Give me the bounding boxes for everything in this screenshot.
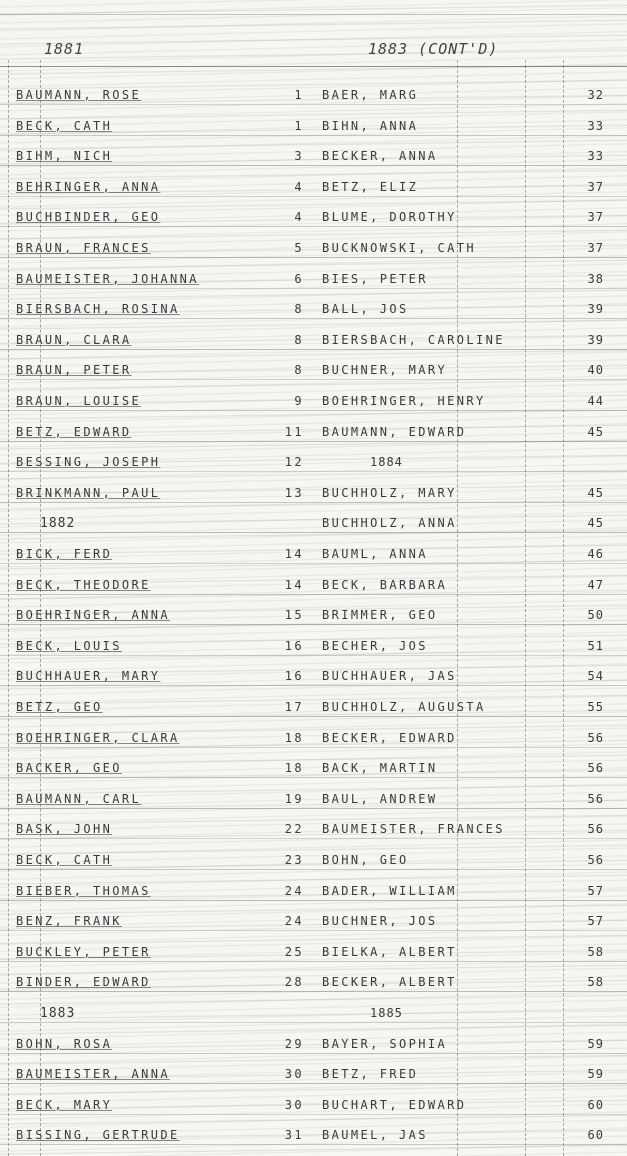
- left-entry-name: BIEBER, THOMAS: [16, 884, 151, 898]
- left-entry-name: BAUMEISTER, JOHANNA: [16, 272, 199, 286]
- row-rule: [0, 471, 627, 472]
- ledger-row: BACKER, GEO18BACK, MARTIN56: [0, 753, 627, 783]
- header-rule: [0, 66, 627, 67]
- entry-number: 30: [268, 1098, 304, 1112]
- entry-number: 28: [268, 975, 304, 989]
- left-entry-name: BICK, FERD: [16, 547, 112, 561]
- left-entry-name: BECK, THEODORE: [16, 578, 151, 592]
- ledger-row: BUCHBINDER, GEO4BLUME, DOROTHY37: [0, 202, 627, 232]
- entry-number: 18: [268, 761, 304, 775]
- entry-number: 1: [268, 119, 304, 133]
- page-number: 44: [560, 394, 604, 408]
- right-entry-name: BECK, BARBARA: [322, 578, 447, 592]
- page-number: 60: [560, 1128, 604, 1142]
- page-number: 60: [560, 1098, 604, 1112]
- ledger-row: BECK, MARY30BUCHART, EDWARD60: [0, 1090, 627, 1120]
- row-rule: [0, 900, 627, 901]
- row-rule: [0, 532, 627, 533]
- entry-number: 11: [268, 425, 304, 439]
- row-rule: [0, 257, 627, 258]
- entry-number: 8: [268, 302, 304, 316]
- left-entry-name: BAUMANN, ROSE: [16, 88, 141, 102]
- ledger-row: BECK, CATH23BOHN, GEO56: [0, 845, 627, 875]
- ledger-row: BUCHHAUER, MARY16BUCHHAUER, JAS54: [0, 661, 627, 691]
- left-entry-name: BRINKMANN, PAUL: [16, 486, 160, 500]
- ledger-row: BAUMEISTER, JOHANNA6BIES, PETER38: [0, 264, 627, 294]
- right-entry-name: BUCHNER, JOS: [322, 914, 438, 928]
- entry-number: 15: [268, 608, 304, 622]
- entry-number: 4: [268, 180, 304, 194]
- page-number: 32: [560, 88, 604, 102]
- page-number: 50: [560, 608, 604, 622]
- ledger-row: BAUMANN, CARL19BAUL, ANDREW56: [0, 784, 627, 814]
- row-rule: [0, 165, 627, 166]
- row-rule: [0, 1144, 627, 1145]
- left-entry-name: BASK, JOHN: [16, 822, 112, 836]
- row-rule: [0, 135, 627, 136]
- right-entry-name: BIELKA, ALBERT: [322, 945, 457, 959]
- page-number: 45: [560, 425, 604, 439]
- page-number: 38: [560, 272, 604, 286]
- right-entry-name: BECKER, ALBERT: [322, 975, 457, 989]
- page-number: 57: [560, 884, 604, 898]
- page-number: 56: [560, 822, 604, 836]
- entry-number: 30: [268, 1067, 304, 1081]
- row-rule: [0, 104, 627, 105]
- ledger-row: BIHM, NICH3BECKER, ANNA33: [0, 141, 627, 171]
- page-number: 56: [560, 853, 604, 867]
- ledger-row: BRAUN, PETER8BUCHNER, MARY40: [0, 355, 627, 385]
- row-rule: [0, 624, 627, 625]
- entry-number: 3: [268, 149, 304, 163]
- entry-number: 31: [268, 1128, 304, 1142]
- right-entry-name: BETZ, FRED: [322, 1067, 418, 1081]
- left-entry-name: BEHRINGER, ANNA: [16, 180, 160, 194]
- ledger-row: BOEHRINGER, ANNA15BRIMMER, GEO50: [0, 600, 627, 630]
- ledger-row: BUCKLEY, PETER25BIELKA, ALBERT58: [0, 937, 627, 967]
- page-number: 59: [560, 1067, 604, 1081]
- ledger-row: BECK, CATH1BIHN, ANNA33: [0, 111, 627, 141]
- ledger-row: BRAUN, FRANCES5BUCKNOWSKI, CATH37: [0, 233, 627, 263]
- entry-number: 8: [268, 333, 304, 347]
- left-entry-name: 1883: [40, 1006, 75, 1021]
- page-number: 37: [560, 241, 604, 255]
- left-column-year-header: 1881: [44, 40, 84, 58]
- entry-number: 29: [268, 1037, 304, 1051]
- ledger-row: BOHN, ROSA29BAYER, SOPHIA59: [0, 1029, 627, 1059]
- right-entry-name: BECKER, EDWARD: [322, 731, 457, 745]
- row-rule: [0, 288, 627, 289]
- entry-number: 1: [268, 88, 304, 102]
- left-entry-name: BETZ, GEO: [16, 700, 103, 714]
- row-rule: [0, 594, 627, 595]
- left-entry-name: BRAUN, PETER: [16, 363, 132, 377]
- row-rule: [0, 777, 627, 778]
- page-number: 54: [560, 669, 604, 683]
- right-entry-name: BOHN, GEO: [322, 853, 409, 867]
- row-rule: [0, 349, 627, 350]
- left-entry-name: BIHM, NICH: [16, 149, 112, 163]
- entry-number: 24: [268, 914, 304, 928]
- ledger-page: 1881 1883 (CONT'D) BAUMANN, ROSE1BAER, M…: [0, 0, 627, 1156]
- ledger-row: 1882BUCHHOLZ, ANNA45: [0, 508, 627, 538]
- page-number: 33: [560, 149, 604, 163]
- left-entry-name: BUCHBINDER, GEO: [16, 210, 160, 224]
- row-rule: [0, 961, 627, 962]
- right-entry-name: BUCHHAUER, JAS: [322, 669, 457, 683]
- page-number: 56: [560, 761, 604, 775]
- ledger-row: BRAUN, LOUISE9BOEHRINGER, HENRY44: [0, 386, 627, 416]
- row-rule: [0, 655, 627, 656]
- row-rule: [0, 318, 627, 319]
- ledger-row: BECK, LOUIS16BECHER, JOS51: [0, 631, 627, 661]
- page-number: 55: [560, 700, 604, 714]
- entry-number: 16: [268, 669, 304, 683]
- row-rule: [0, 1114, 627, 1115]
- right-entry-name: BAUMEL, JAS: [322, 1128, 428, 1142]
- entry-number: 19: [268, 792, 304, 806]
- entry-number: 16: [268, 639, 304, 653]
- right-entry-name: BUCHHOLZ, ANNA: [322, 516, 457, 530]
- ledger-row: BIERSBACH, ROSINA8BALL, JOS39: [0, 294, 627, 324]
- entry-number: 9: [268, 394, 304, 408]
- ledger-row: BOEHRINGER, CLARA18BECKER, EDWARD56: [0, 723, 627, 753]
- entry-number: 18: [268, 731, 304, 745]
- row-rule: [0, 838, 627, 839]
- right-entry-name: BUCHHOLZ, MARY: [322, 486, 457, 500]
- ledger-row: BIEBER, THOMAS24BADER, WILLIAM57: [0, 876, 627, 906]
- right-entry-name: BECHER, JOS: [322, 639, 428, 653]
- left-entry-name: BECK, MARY: [16, 1098, 112, 1112]
- page-number: 45: [560, 516, 604, 530]
- row-rule: [0, 441, 627, 442]
- row-rule: [0, 808, 627, 809]
- right-entry-name: BAER, MARG: [322, 88, 418, 102]
- left-entry-name: BINDER, EDWARD: [16, 975, 151, 989]
- left-entry-name: BECK, CATH: [16, 119, 112, 133]
- right-entry-name: BAYER, SOPHIA: [322, 1037, 447, 1051]
- row-rule: [0, 716, 627, 717]
- left-entry-name: BETZ, EDWARD: [16, 425, 132, 439]
- page-number: 47: [560, 578, 604, 592]
- entry-number: 14: [268, 547, 304, 561]
- left-entry-name: BACKER, GEO: [16, 761, 122, 775]
- entry-number: 24: [268, 884, 304, 898]
- row-rule: [0, 410, 627, 411]
- row-rule: [0, 502, 627, 503]
- left-entry-name: BOEHRINGER, ANNA: [16, 608, 170, 622]
- right-entry-name: BAUMEISTER, FRANCES: [322, 822, 505, 836]
- row-rule: [0, 685, 627, 686]
- right-entry-name: BUCHART, EDWARD: [322, 1098, 466, 1112]
- right-entry-name: BAUMANN, EDWARD: [322, 425, 466, 439]
- entry-number: 8: [268, 363, 304, 377]
- ledger-row: BENZ, FRANK24BUCHNER, JOS57: [0, 906, 627, 936]
- right-entry-name: BLUME, DOROTHY: [322, 210, 457, 224]
- page-number: 37: [560, 210, 604, 224]
- left-entry-name: 1882: [40, 516, 75, 531]
- ledger-row: BAUMEISTER, ANNA30BETZ, FRED59: [0, 1059, 627, 1089]
- row-rule: [0, 930, 627, 931]
- ledger-row: BISSING, GERTRUDE31BAUMEL, JAS60: [0, 1120, 627, 1150]
- page-number: 39: [560, 302, 604, 316]
- ledger-row: BETZ, GEO17BUCHHOLZ, AUGUSTA55: [0, 692, 627, 722]
- right-entry-name: BIES, PETER: [322, 272, 428, 286]
- page-number: 57: [560, 914, 604, 928]
- right-entry-name: BUCKNOWSKI, CATH: [322, 241, 476, 255]
- row-rule: [0, 869, 627, 870]
- page-number: 45: [560, 486, 604, 500]
- page-number: 46: [560, 547, 604, 561]
- entry-number: 12: [268, 455, 304, 469]
- ledger-row: BICK, FERD14BAUML, ANNA46: [0, 539, 627, 569]
- left-entry-name: BISSING, GERTRUDE: [16, 1128, 180, 1142]
- right-column-year-header: 1883 (CONT'D): [368, 40, 498, 58]
- entry-number: 4: [268, 210, 304, 224]
- right-entry-name: BRIMMER, GEO: [322, 608, 438, 622]
- left-entry-name: BESSING, JOSEPH: [16, 455, 160, 469]
- right-entry-name: BADER, WILLIAM: [322, 884, 457, 898]
- page-number: 58: [560, 945, 604, 959]
- right-entry-name: BALL, JOS: [322, 302, 409, 316]
- entry-number: 22: [268, 822, 304, 836]
- top-rule: [0, 14, 627, 15]
- row-rule: [0, 747, 627, 748]
- page-number: 56: [560, 792, 604, 806]
- entry-number: 5: [268, 241, 304, 255]
- ledger-row: BESSING, JOSEPH121884: [0, 447, 627, 477]
- right-entry-name: 1884: [370, 455, 403, 469]
- row-rule: [0, 196, 627, 197]
- right-entry-name: BIHN, ANNA: [322, 119, 418, 133]
- row-rule: [0, 1053, 627, 1054]
- ledger-row: BETZ, EDWARD11BAUMANN, EDWARD45: [0, 417, 627, 447]
- left-entry-name: BENZ, FRANK: [16, 914, 122, 928]
- left-entry-name: BIERSBACH, ROSINA: [16, 302, 180, 316]
- ledger-row: BECK, THEODORE14BECK, BARBARA47: [0, 570, 627, 600]
- right-entry-name: BETZ, ELIZ: [322, 180, 418, 194]
- right-entry-name: 1885: [370, 1006, 403, 1020]
- page-number: 33: [560, 119, 604, 133]
- left-entry-name: BOEHRINGER, CLARA: [16, 731, 180, 745]
- left-entry-name: BUCHHAUER, MARY: [16, 669, 160, 683]
- right-entry-name: BUCHHOLZ, AUGUSTA: [322, 700, 486, 714]
- entry-number: 14: [268, 578, 304, 592]
- left-entry-name: BAUMEISTER, ANNA: [16, 1067, 170, 1081]
- row-rule: [0, 1022, 627, 1023]
- right-entry-name: BAUML, ANNA: [322, 547, 428, 561]
- page-number: 56: [560, 731, 604, 745]
- right-entry-name: BIERSBACH, CAROLINE: [322, 333, 505, 347]
- left-entry-name: BECK, LOUIS: [16, 639, 122, 653]
- row-rule: [0, 991, 627, 992]
- ledger-row: BEHRINGER, ANNA4BETZ, ELIZ37: [0, 172, 627, 202]
- right-entry-name: BOEHRINGER, HENRY: [322, 394, 486, 408]
- entry-number: 23: [268, 853, 304, 867]
- row-rule: [0, 226, 627, 227]
- ledger-row: BINDER, EDWARD28BECKER, ALBERT58: [0, 967, 627, 997]
- page-number: 39: [560, 333, 604, 347]
- row-rule: [0, 563, 627, 564]
- entry-number: 25: [268, 945, 304, 959]
- left-entry-name: BRAUN, FRANCES: [16, 241, 151, 255]
- left-entry-name: BRAUN, CLARA: [16, 333, 132, 347]
- row-rule: [0, 1083, 627, 1084]
- right-entry-name: BACK, MARTIN: [322, 761, 438, 775]
- page-number: 51: [560, 639, 604, 653]
- ledger-row: BRINKMANN, PAUL13BUCHHOLZ, MARY45: [0, 478, 627, 508]
- ledger-row: 18831885: [0, 998, 627, 1028]
- entry-number: 6: [268, 272, 304, 286]
- ledger-row: BAUMANN, ROSE1BAER, MARG32: [0, 80, 627, 110]
- right-entry-name: BECKER, ANNA: [322, 149, 438, 163]
- entry-number: 17: [268, 700, 304, 714]
- left-entry-name: BUCKLEY, PETER: [16, 945, 151, 959]
- left-entry-name: BRAUN, LOUISE: [16, 394, 141, 408]
- row-rule: [0, 379, 627, 380]
- left-entry-name: BECK, CATH: [16, 853, 112, 867]
- right-entry-name: BUCHNER, MARY: [322, 363, 447, 377]
- left-entry-name: BOHN, ROSA: [16, 1037, 112, 1051]
- ledger-row: BASK, JOHN22BAUMEISTER, FRANCES56: [0, 814, 627, 844]
- page-number: 59: [560, 1037, 604, 1051]
- ledger-row: BRAUN, CLARA8BIERSBACH, CAROLINE39: [0, 325, 627, 355]
- entry-number: 13: [268, 486, 304, 500]
- right-entry-name: BAUL, ANDREW: [322, 792, 438, 806]
- page-number: 37: [560, 180, 604, 194]
- page-number: 40: [560, 363, 604, 377]
- left-entry-name: BAUMANN, CARL: [16, 792, 141, 806]
- page-number: 58: [560, 975, 604, 989]
